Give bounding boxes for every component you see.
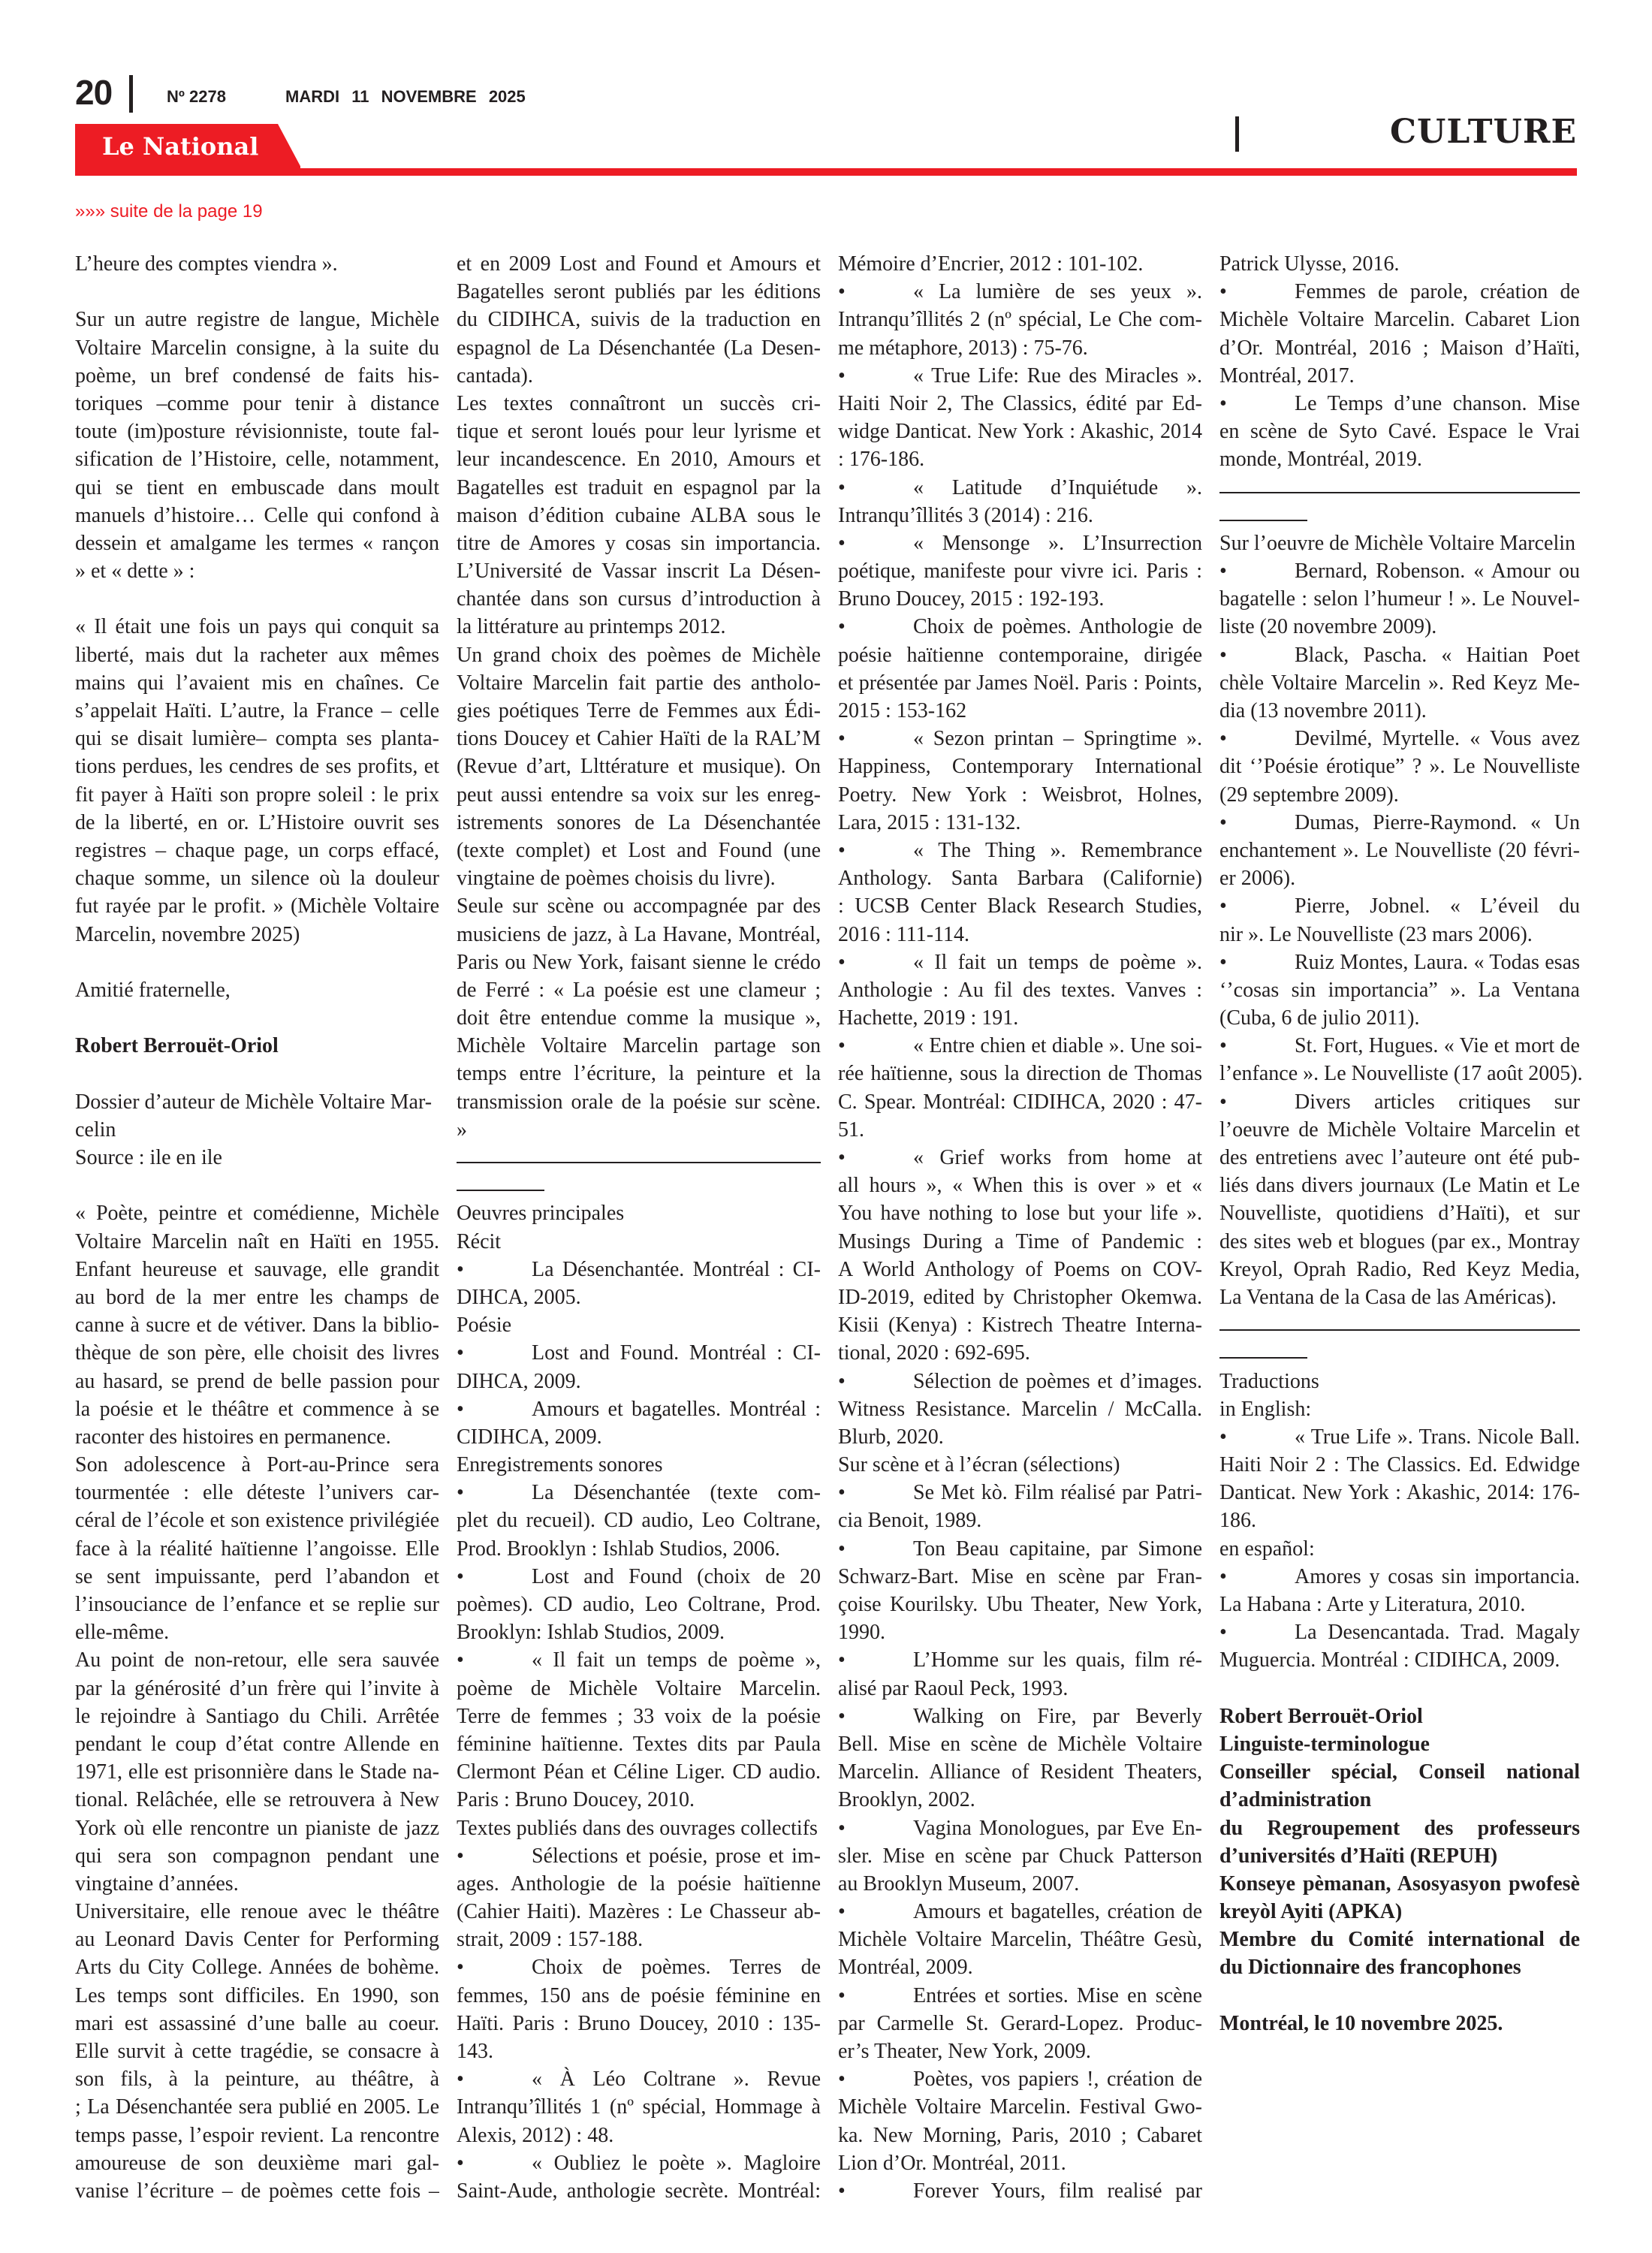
blank-line — [1219, 1675, 1580, 1703]
text-line: : UCSB Center Black Research Studies, — [838, 892, 1202, 920]
text-line: Poetry. New York : Weisbrot, Holnes, — [838, 781, 1202, 809]
list-item: •Divers articles critiques sur — [1219, 1088, 1580, 1116]
text-line: toriques –comme pour tenir à distance — [75, 390, 439, 418]
list-item-text: « Entre chien et diable ». Une soi- — [913, 1032, 1202, 1060]
signature-line: Robert Berrouët-Oriol — [1219, 1703, 1580, 1730]
text-line: Haiti Noir 2, The Classics, édité par Ed… — [838, 390, 1202, 418]
text-line: Lion d’Or. Montréal, 2011. — [838, 2149, 1202, 2177]
text-line: au Brooklyn Museum, 2007. — [838, 1870, 1202, 1898]
blank-line — [75, 1004, 439, 1032]
text-line: vingtaine d’années. — [75, 1870, 439, 1898]
signature-line: Robert Berrouët-Oriol — [75, 1032, 439, 1060]
text-line: Michèle Voltaire Marcelin. Cabaret Lion — [1219, 306, 1580, 333]
text-line: Michèle Voltaire Marcelin. Festival Gwo- — [838, 2093, 1202, 2121]
list-item: •« Grief works from home at — [838, 1144, 1202, 1172]
text-line: DIHCA, 2005. — [457, 1283, 821, 1311]
section-divider — [1235, 116, 1239, 152]
separator-rule — [457, 1172, 821, 1199]
text-line: qui se disait lumière– compta ses planta… — [75, 725, 439, 753]
bullet-icon: • — [838, 1982, 913, 2010]
text-line: doit être entendue comme la musique », — [457, 1004, 821, 1032]
bullet-icon: • — [838, 725, 913, 753]
text-line: alisé par Raoul Peck, 1993. — [838, 1675, 1202, 1703]
bullet-icon: • — [838, 2065, 913, 2093]
continuation-link[interactable]: »»» suite de la page 19 — [75, 201, 263, 222]
text-line: Kisii (Kenya) : Kistrech Theatre Interna… — [838, 1311, 1202, 1339]
bullet-icon: • — [838, 474, 913, 502]
text-line: et en 2009 Lost and Found et Amours et — [457, 250, 821, 278]
text-line: au hasard, se prend de belle passion pou… — [75, 1368, 439, 1395]
blank-line — [1219, 1982, 1580, 2010]
list-item-text: La Désenchantée. Montréal : CI- — [532, 1256, 821, 1283]
list-item: •Lost and Found. Montréal : CI- — [457, 1339, 821, 1367]
text-line: Anthologie : Au fil des textes. Vanves : — [838, 976, 1202, 1004]
list-item: •« Il fait un temps de poème », — [457, 1646, 821, 1674]
bullet-icon: • — [457, 2065, 532, 2093]
blank-line — [75, 1172, 439, 1199]
text-line: fut rayée par le profit. » (Michèle Volt… — [75, 892, 439, 920]
list-item: •Sélection de poèmes et d’images. — [838, 1368, 1202, 1395]
text-line: du CIDIHCA, suivis de la traduction en — [457, 306, 821, 333]
horizontal-rule — [1219, 520, 1307, 521]
list-item-text: Amours et bagatelles, création de — [913, 1898, 1202, 1926]
text-line: 2015 : 153-162 — [838, 697, 1202, 725]
list-item-text: Choix de poèmes. Terres de — [532, 1953, 821, 1981]
text-line: Brooklyn, 2002. — [838, 1786, 1202, 1814]
text-line: 143. — [457, 2037, 821, 2065]
list-item-text: Se Met kò. Film réalisé par Patri- — [913, 1479, 1202, 1507]
separator-rule — [457, 1144, 821, 1172]
signature-line: d’administration — [1219, 1786, 1580, 1814]
text-line: femmes, 150 ans de poésie féminine en — [457, 1982, 821, 2010]
issue-date: MARDI 11 NOVEMBRE 2025 — [285, 87, 526, 107]
text-line: Kreyol, Oprah Radio, Red Keyz Media, — [1219, 1256, 1580, 1283]
list-item: •Devilmé, Myrtelle. « Vous avez — [1219, 725, 1580, 753]
text-line: çoise Kourilsky. Ubu Theater, New York, — [838, 1591, 1202, 1618]
article-column-1: L’heure des comptes viendra ».Sur un aut… — [75, 250, 439, 2205]
list-item-text: Walking on Fire, par Beverly — [913, 1703, 1202, 1730]
signature-line: d’universités d’Haïti (REPUH) — [1219, 1842, 1580, 1870]
text-line: Mémoire d’Encrier, 2012 : 101-102. — [838, 250, 1202, 278]
text-line: er 2006). — [1219, 864, 1580, 892]
text-line: all hours », « When this is over » et « — [838, 1172, 1202, 1199]
signature-line: du Dictionnaire des francophones — [1219, 1953, 1580, 1981]
list-item: •Walking on Fire, par Beverly — [838, 1703, 1202, 1730]
text-line: Michèle Voltaire Marcelin, Théâtre Gesù, — [838, 1926, 1202, 1953]
text-line: (29 septembre 2009). — [1219, 781, 1580, 809]
list-item: •Amores y cosas sin importancia. — [1219, 1563, 1580, 1591]
text-line: tions Doucey et Cahier Haïti de la RAL’M — [457, 725, 821, 753]
bullet-icon: • — [457, 1339, 532, 1367]
text-line: dessein et amalgame les termes « rançon — [75, 529, 439, 557]
list-item-text: Black, Pascha. « Haitian Poet Mi- — [1295, 641, 1580, 669]
page-number: 20 — [75, 72, 112, 113]
text-line: Récit — [457, 1228, 821, 1256]
text-line: Intranqu’îllités 3 (2014) : 216. — [838, 502, 1202, 529]
text-line: in English: — [1219, 1395, 1580, 1423]
text-line: Bagatelles seront publiés par les éditio… — [457, 278, 821, 306]
text-line: nir ». Le Nouvelliste (23 mars 2006). — [1219, 921, 1580, 949]
list-item-text: Forever Yours, film realisé par — [913, 2177, 1202, 2205]
section-title: CULTURE — [1389, 113, 1577, 151]
bullet-icon: • — [838, 362, 913, 390]
text-line: maison d’édition cubaine ALBA sous le — [457, 502, 821, 529]
list-item-text: Femmes de parole, création de — [1295, 278, 1580, 306]
bullet-icon: • — [838, 1898, 913, 1926]
text-line: CIDIHCA, 2009. — [457, 1423, 821, 1451]
bullet-icon: • — [838, 1646, 913, 1674]
text-line: Enfant heureuse et sauvage, elle grandit — [75, 1256, 439, 1283]
text-line: toute (im)posture révisionniste, toute f… — [75, 418, 439, 445]
list-item-text: « True Life ». Trans. Nicole Ball. — [1295, 1423, 1580, 1451]
text-line: Alexis, 2012) : 48. — [457, 2122, 821, 2149]
bullet-icon: • — [457, 1646, 532, 1674]
blank-line — [75, 585, 439, 613]
list-item: •« À Léo Coltrane ». Revue — [457, 2065, 821, 2093]
bullet-icon: • — [838, 837, 913, 864]
list-item: •La Désenchantée. Montréal : CI- — [457, 1256, 821, 1283]
text-line: dit ‘’Poésie érotique” ? ». Le Nouvellis… — [1219, 753, 1580, 780]
text-line: cia Benoit, 1989. — [838, 1507, 1202, 1534]
bullet-icon: • — [1219, 390, 1295, 418]
text-line: leur incandescence. En 2010, Amours et — [457, 445, 821, 473]
text-line: Michèle Voltaire Marcelin partage son — [457, 1032, 821, 1060]
text-line: vanise l’écriture – de poèmes cette fois… — [75, 2177, 439, 2205]
list-item: •Entrées et sorties. Mise en scène — [838, 1982, 1202, 2010]
text-line: Marcelin, novembre 2025) — [75, 921, 439, 949]
text-line: chaque somme, un silence où la douleur — [75, 864, 439, 892]
text-line: (Cahier Haiti). Mazères : Le Chasseur ab… — [457, 1898, 821, 1926]
text-line: elle-même. — [75, 1618, 439, 1646]
bullet-icon: • — [1219, 1563, 1295, 1591]
bullet-icon: • — [1219, 892, 1295, 920]
list-item-text: St. Fort, Hugues. « Vie et mort de — [1295, 1032, 1580, 1060]
text-line: registres – chaque page, un corps effacé… — [75, 837, 439, 864]
page-number-divider — [129, 75, 133, 113]
text-line: au bord de la mer entre les champs de — [75, 1283, 439, 1311]
article-column-4: Patrick Ulysse, 2016.•Femmes de parole, … — [1219, 250, 1580, 2037]
text-line: poème de Michèle Voltaire Marcelin. — [457, 1675, 821, 1703]
bullet-icon: • — [838, 1368, 913, 1395]
separator-rule — [1219, 1311, 1580, 1339]
text-line: Witness Resistance. Marcelin / McCalla. — [838, 1395, 1202, 1423]
text-line: 1990. — [838, 1618, 1202, 1646]
text-line: thèque de son père, elle choisit des liv… — [75, 1339, 439, 1367]
list-item-text: Ruiz Montes, Laura. « Todas esas — [1295, 949, 1580, 976]
bullet-icon: • — [838, 278, 913, 306]
bullet-icon: • — [457, 2149, 532, 2177]
signature-line: du Regroupement des professeurs — [1219, 1814, 1580, 1842]
text-line: son fils, à la peinture, au théâtre, à l… — [75, 2065, 439, 2093]
list-item: •Femmes de parole, création de — [1219, 278, 1580, 306]
text-line: Sur l’oeuvre de Michèle Voltaire Marceli… — [1219, 529, 1580, 557]
text-line: Schwarz-Bart. Mise en scène par Fran- — [838, 1563, 1202, 1591]
list-item: •Lost and Found (choix de 20 — [457, 1563, 821, 1591]
list-item: •L’Homme sur les quais, film ré- — [838, 1646, 1202, 1674]
blank-line — [75, 1060, 439, 1087]
text-line: 186. — [1219, 1507, 1580, 1534]
bullet-icon: • — [838, 1703, 913, 1730]
text-line: Prod. Brooklyn : Ishlab Studios, 2006. — [457, 1535, 821, 1563]
text-line: Musings During a Time of Pandemic : — [838, 1228, 1202, 1256]
bullet-icon: • — [457, 1395, 532, 1423]
text-line: Les temps sont difficiles. En 1990, son — [75, 1982, 439, 2010]
text-line: pendant le coup d’état contre Allende en — [75, 1730, 439, 1758]
text-line: La Habana : Arte y Literatura, 2010. — [1219, 1591, 1580, 1618]
text-line: Amitié fraternelle, — [75, 976, 439, 1004]
text-line: Voltaire Marcelin fait partie des anthol… — [457, 669, 821, 697]
text-line: peut aussi entendre sa voix sur les enre… — [457, 781, 821, 809]
bullet-icon: • — [1219, 1618, 1295, 1646]
list-item: •Black, Pascha. « Haitian Poet Mi- — [1219, 641, 1580, 669]
bullet-icon: • — [838, 1535, 913, 1563]
horizontal-rule — [457, 1162, 821, 1163]
list-item-text: Devilmé, Myrtelle. « Vous avez — [1295, 725, 1580, 753]
text-line: « Poète, peintre et comédienne, Michèle — [75, 1199, 439, 1227]
list-item-text: Choix de poèmes. Anthologie de — [913, 613, 1202, 641]
text-line: tourmentée : elle déteste l’univers car- — [75, 1479, 439, 1507]
blank-line — [75, 949, 439, 976]
text-line: monde, Montréal, 2019. — [1219, 445, 1580, 473]
text-line: poèmes). CD audio, Leo Coltrane, Prod. — [457, 1591, 821, 1618]
text-line: titre de Amores y cosas sin importancia. — [457, 529, 821, 557]
bullet-icon: • — [457, 1953, 532, 1981]
text-line: (Cuba, 6 de julio 2011). — [1219, 1004, 1580, 1032]
text-line: en scène de Syto Cavé. Espace le Vrai — [1219, 418, 1580, 445]
text-line: « Il était une fois un pays qui conquit … — [75, 613, 439, 641]
list-item: •« Mensonge ». L’Insurrection — [838, 529, 1202, 557]
text-line: L’heure des comptes viendra ». — [75, 250, 439, 278]
header-rule — [75, 168, 1577, 176]
bullet-icon: • — [1219, 725, 1295, 753]
text-line: tique et seront loués pour leur lyrisme … — [457, 418, 821, 445]
bullet-icon: • — [1219, 557, 1295, 585]
text-line: Danticat. New York : Akashic, 2014: 176- — [1219, 1479, 1580, 1507]
text-line: dia (13 novembre 2011). — [1219, 697, 1580, 725]
text-line: des sites web et blogues (par ex., Montr… — [1219, 1228, 1580, 1256]
text-line: qui sera son compagnon pendant une — [75, 1842, 439, 1870]
text-line: mains qui l’avaient mis en chaînes. Ce p… — [75, 669, 439, 697]
text-line: fit payer à Haïti son propre soleil : le… — [75, 781, 439, 809]
text-line: manuels d’histoire… Celle qui confond à — [75, 502, 439, 529]
list-item: •Choix de poèmes. Anthologie de — [838, 613, 1202, 641]
text-line: s’appelait Haïti. L’autre, la France – c… — [75, 697, 439, 725]
text-line: Clermont Péan et Céline Liger. CD audio. — [457, 1758, 821, 1786]
list-item-text: Dumas, Pierre-Raymond. « Un — [1295, 809, 1580, 837]
text-line: canne à sucre et de vétiver. Dans la bib… — [75, 1311, 439, 1339]
bullet-icon: • — [838, 529, 913, 557]
text-line: par la générosité d’un frère qui l’invit… — [75, 1675, 439, 1703]
text-line: me métaphore, 2013) : 75-76. — [838, 334, 1202, 362]
bullet-icon: • — [457, 1479, 532, 1507]
text-line: et présentée par James Noël. Paris : Poi… — [838, 669, 1202, 697]
text-line: poésie haïtienne contemporaine, dirigée — [838, 641, 1202, 669]
list-item-text: « Sezon printan – Springtime ». — [913, 725, 1202, 753]
text-line: Anthology. Santa Barbara (Californie) — [838, 864, 1202, 892]
list-item: •« Oubliez le poète ». Magloire — [457, 2149, 821, 2177]
text-line: gies poétiques Terre de Femmes aux Édi- — [457, 697, 821, 725]
bullet-icon: • — [838, 613, 913, 641]
signature-line: Conseiller spécial, Conseil national — [1219, 1758, 1580, 1786]
text-line: Sur un autre registre de langue, Michèle — [75, 306, 439, 333]
bullet-icon: • — [838, 949, 913, 976]
text-line: : 176-186. — [838, 445, 1202, 473]
text-line: Marcelin. Alliance of Resident Theaters, — [838, 1758, 1202, 1786]
text-line: istrements sonores de La Désenchantée — [457, 809, 821, 837]
text-line: Elle survit à cette tragédie, se consacr… — [75, 2037, 439, 2065]
list-item-text: Lost and Found (choix de 20 — [532, 1563, 821, 1591]
text-line: (texte complet) et Lost and Found (une — [457, 837, 821, 864]
text-line: tional, 2020 : 692-695. — [838, 1339, 1202, 1367]
text-line: widge Danticat. New York : Akashic, 2014 — [838, 418, 1202, 445]
signature-line: kreyòl Ayiti (APKA) — [1219, 1898, 1580, 1926]
list-item-text: Entrées et sorties. Mise en scène — [913, 1982, 1202, 2010]
list-item: •« True Life: Rue des Miracles ». — [838, 362, 1202, 390]
text-line: de Ferré : « La poésie est une clameur ;… — [457, 976, 821, 1004]
list-item: •Bernard, Robenson. « Amour ou — [1219, 557, 1580, 585]
bullet-icon: • — [838, 1032, 913, 1060]
text-line: Universitaire, elle renoue avec le théât… — [75, 1898, 439, 1926]
text-line: féminine haïtienne. Textes dits par Paul… — [457, 1730, 821, 1758]
text-line: » — [457, 1116, 821, 1144]
text-line: liste (20 novembre 2009). — [1219, 613, 1580, 641]
signature-line: Membre du Comité international de suivi — [1219, 1926, 1580, 1953]
list-item: •Ton Beau capitaine, par Simone — [838, 1535, 1202, 1563]
list-item: •Pierre, Jobnel. « L’éveil du souve- — [1219, 892, 1580, 920]
text-line: Happiness, Contemporary International — [838, 753, 1202, 780]
horizontal-rule — [1219, 1357, 1307, 1359]
text-line: York où elle rencontre un pianiste de ja… — [75, 1814, 439, 1842]
text-line: Hachette, 2019 : 191. — [838, 1004, 1202, 1032]
bullet-icon: • — [1219, 1423, 1295, 1451]
text-line: Saint-Aude, anthologie secrète. Montréal… — [457, 2177, 821, 2205]
text-line: Haiti Noir 2 : The Classics. Ed. Edwidge — [1219, 1451, 1580, 1479]
separator-rule — [1219, 474, 1580, 502]
list-item-text: Amores y cosas sin importancia. — [1295, 1563, 1580, 1591]
list-item: •La Desencantada. Trad. Magaly — [1219, 1618, 1580, 1646]
text-line: Voltaire Marcelin consigne, à la suite d… — [75, 334, 439, 362]
text-line: sler. Mise en scène par Chuck Patterson — [838, 1842, 1202, 1870]
list-item-text: Ton Beau capitaine, par Simone — [913, 1535, 1202, 1563]
horizontal-rule — [1219, 1329, 1580, 1331]
list-item-text: « True Life: Rue des Miracles ». — [913, 362, 1202, 390]
text-line: liberté, mais dut la racheter aux mêmes — [75, 641, 439, 669]
text-line: amoureuse de son deuxième mari gal- — [75, 2149, 439, 2177]
text-line: Terre de femmes ; 33 voix de la poésie — [457, 1703, 821, 1730]
text-line: chèle Voltaire Marcelin ». Red Keyz Me- — [1219, 669, 1580, 697]
text-line: Son adolescence à Port-au-Prince sera — [75, 1451, 439, 1479]
text-line: plet du recueil). CD audio, Leo Coltrane… — [457, 1507, 821, 1534]
bullet-icon: • — [1219, 949, 1295, 976]
text-line: Les textes connaîtront un succès cri- — [457, 390, 821, 418]
list-item-text: Lost and Found. Montréal : CI- — [532, 1339, 821, 1367]
text-line: Muguercia. Montréal : CIDIHCA, 2009. — [1219, 1646, 1580, 1674]
text-line: céral de l’école et son existence privil… — [75, 1507, 439, 1534]
list-item: •« The Thing ». Remembrance — [838, 837, 1202, 864]
text-line: La Ventana de la Casa de las Américas). — [1219, 1283, 1580, 1311]
horizontal-rule — [457, 1190, 544, 1191]
text-line: qui se tient en embuscade dans moult — [75, 474, 439, 502]
text-line: ka. New Morning, Paris, 2010 ; Cabaret — [838, 2122, 1202, 2149]
text-line: » et « dette » : — [75, 557, 439, 585]
list-item-text: La Désenchantée (texte com- — [532, 1479, 821, 1507]
separator-rule — [1219, 502, 1580, 529]
text-line: Haïti. Paris : Bruno Doucey, 2010 : 135- — [457, 2010, 821, 2037]
text-line: l’insouciance de l’enfance et se replie … — [75, 1591, 439, 1618]
text-line: poème, un bref condensé de faits his- — [75, 362, 439, 390]
text-line: rée haïtienne, sous la direction de Thom… — [838, 1060, 1202, 1087]
text-line: Traductions — [1219, 1368, 1580, 1395]
text-line: musiciens de jazz, à La Havane, Montréal… — [457, 921, 821, 949]
text-line: sification de l’Histoire, celle, notamme… — [75, 445, 439, 473]
text-line: au Leonard Davis Center for Performing — [75, 1926, 439, 1953]
list-item: •« La lumière de ses yeux ». — [838, 278, 1202, 306]
text-line: Oeuvres principales — [457, 1199, 821, 1227]
text-line: mari est assassiné d’une balle au coeur. — [75, 2010, 439, 2037]
text-line: L’Université de Vassar inscrit La Désen- — [457, 557, 821, 585]
text-line: des entretiens avec l’auteure ont été pu… — [1219, 1144, 1580, 1172]
text-line: Intranqu’îllités 2 (nº spécial, Le Che c… — [838, 306, 1202, 333]
text-line: se sent impuissante, perd l’abandon et — [75, 1563, 439, 1591]
text-line: cantada). — [457, 362, 821, 390]
text-line: Montréal, 2017. — [1219, 362, 1580, 390]
list-item-text: « Grief works from home at — [913, 1144, 1202, 1172]
list-item: •Sélections et poésie, prose et im- — [457, 1842, 821, 1870]
text-line: Poésie — [457, 1311, 821, 1339]
list-item: •Amours et bagatelles, création de — [838, 1898, 1202, 1926]
bullet-icon: • — [1219, 641, 1295, 669]
text-line: ID-2019, edited by Christopher Okemwa. — [838, 1283, 1202, 1311]
list-item-text: « La lumière de ses yeux ». — [913, 278, 1202, 306]
text-line: ‘’cosas sin importancia” ». La Ventana — [1219, 976, 1580, 1004]
text-line: chantée dans son cursus d’introduction à — [457, 585, 821, 613]
text-line: temps entre l’écriture, la peinture et l… — [457, 1060, 821, 1087]
article-column-3: Mémoire d’Encrier, 2012 : 101-102.•« La … — [838, 250, 1202, 2205]
list-item-text: Divers articles critiques sur — [1295, 1088, 1580, 1116]
list-item-text: La Desencantada. Trad. Magaly — [1295, 1618, 1580, 1646]
bullet-icon: • — [457, 1256, 532, 1283]
list-item-text: « Latitude d’Inquiétude ». — [913, 474, 1202, 502]
bullet-icon: • — [838, 1144, 913, 1172]
list-item: •Vagina Monologues, par Eve En- — [838, 1814, 1202, 1842]
list-item: •Dumas, Pierre-Raymond. « Un — [1219, 809, 1580, 837]
brand-logo[interactable]: Le National — [102, 132, 258, 161]
list-item: •Poètes, vos papiers !, création de — [838, 2065, 1202, 2093]
list-item: •La Désenchantée (texte com- — [457, 1479, 821, 1507]
text-line: Au point de non-retour, elle sera sauvée — [75, 1646, 439, 1674]
list-item: •Amours et bagatelles. Montréal : — [457, 1395, 821, 1423]
text-line: espagnol de La Désenchantée (La Desen- — [457, 334, 821, 362]
text-line: Brooklyn: Ishlab Studios, 2009. — [457, 1618, 821, 1646]
text-line: raconter des histoires en permanence. — [75, 1423, 439, 1451]
bullet-icon: • — [838, 2177, 913, 2205]
text-line: Lara, 2015 : 131-132. — [838, 809, 1202, 837]
list-item-text: « Mensonge ». L’Insurrection — [913, 529, 1202, 557]
text-line: transmission orale de la poésie sur scèn… — [457, 1088, 821, 1116]
horizontal-rule — [1219, 492, 1580, 493]
text-line: Paris ou New York, faisant sienne le cré… — [457, 949, 821, 976]
text-line: DIHCA, 2009. — [457, 1368, 821, 1395]
signature-line: Linguiste-terminologue — [1219, 1730, 1580, 1758]
list-item-text: Sélections et poésie, prose et im- — [532, 1842, 821, 1870]
signature-line: Konseye pèmanan, Asosyasyon pwofesè — [1219, 1870, 1580, 1898]
text-line: tional. Relâchée, elle se retrouvera à N… — [75, 1786, 439, 1814]
text-line: face à la réalité haïtienne l’angoisse. … — [75, 1535, 439, 1563]
text-line: A World Anthology of Poems on COV- — [838, 1256, 1202, 1283]
bullet-icon: • — [1219, 278, 1295, 306]
list-item: •Ruiz Montes, Laura. « Todas esas — [1219, 949, 1580, 976]
separator-rule — [1219, 1339, 1580, 1367]
